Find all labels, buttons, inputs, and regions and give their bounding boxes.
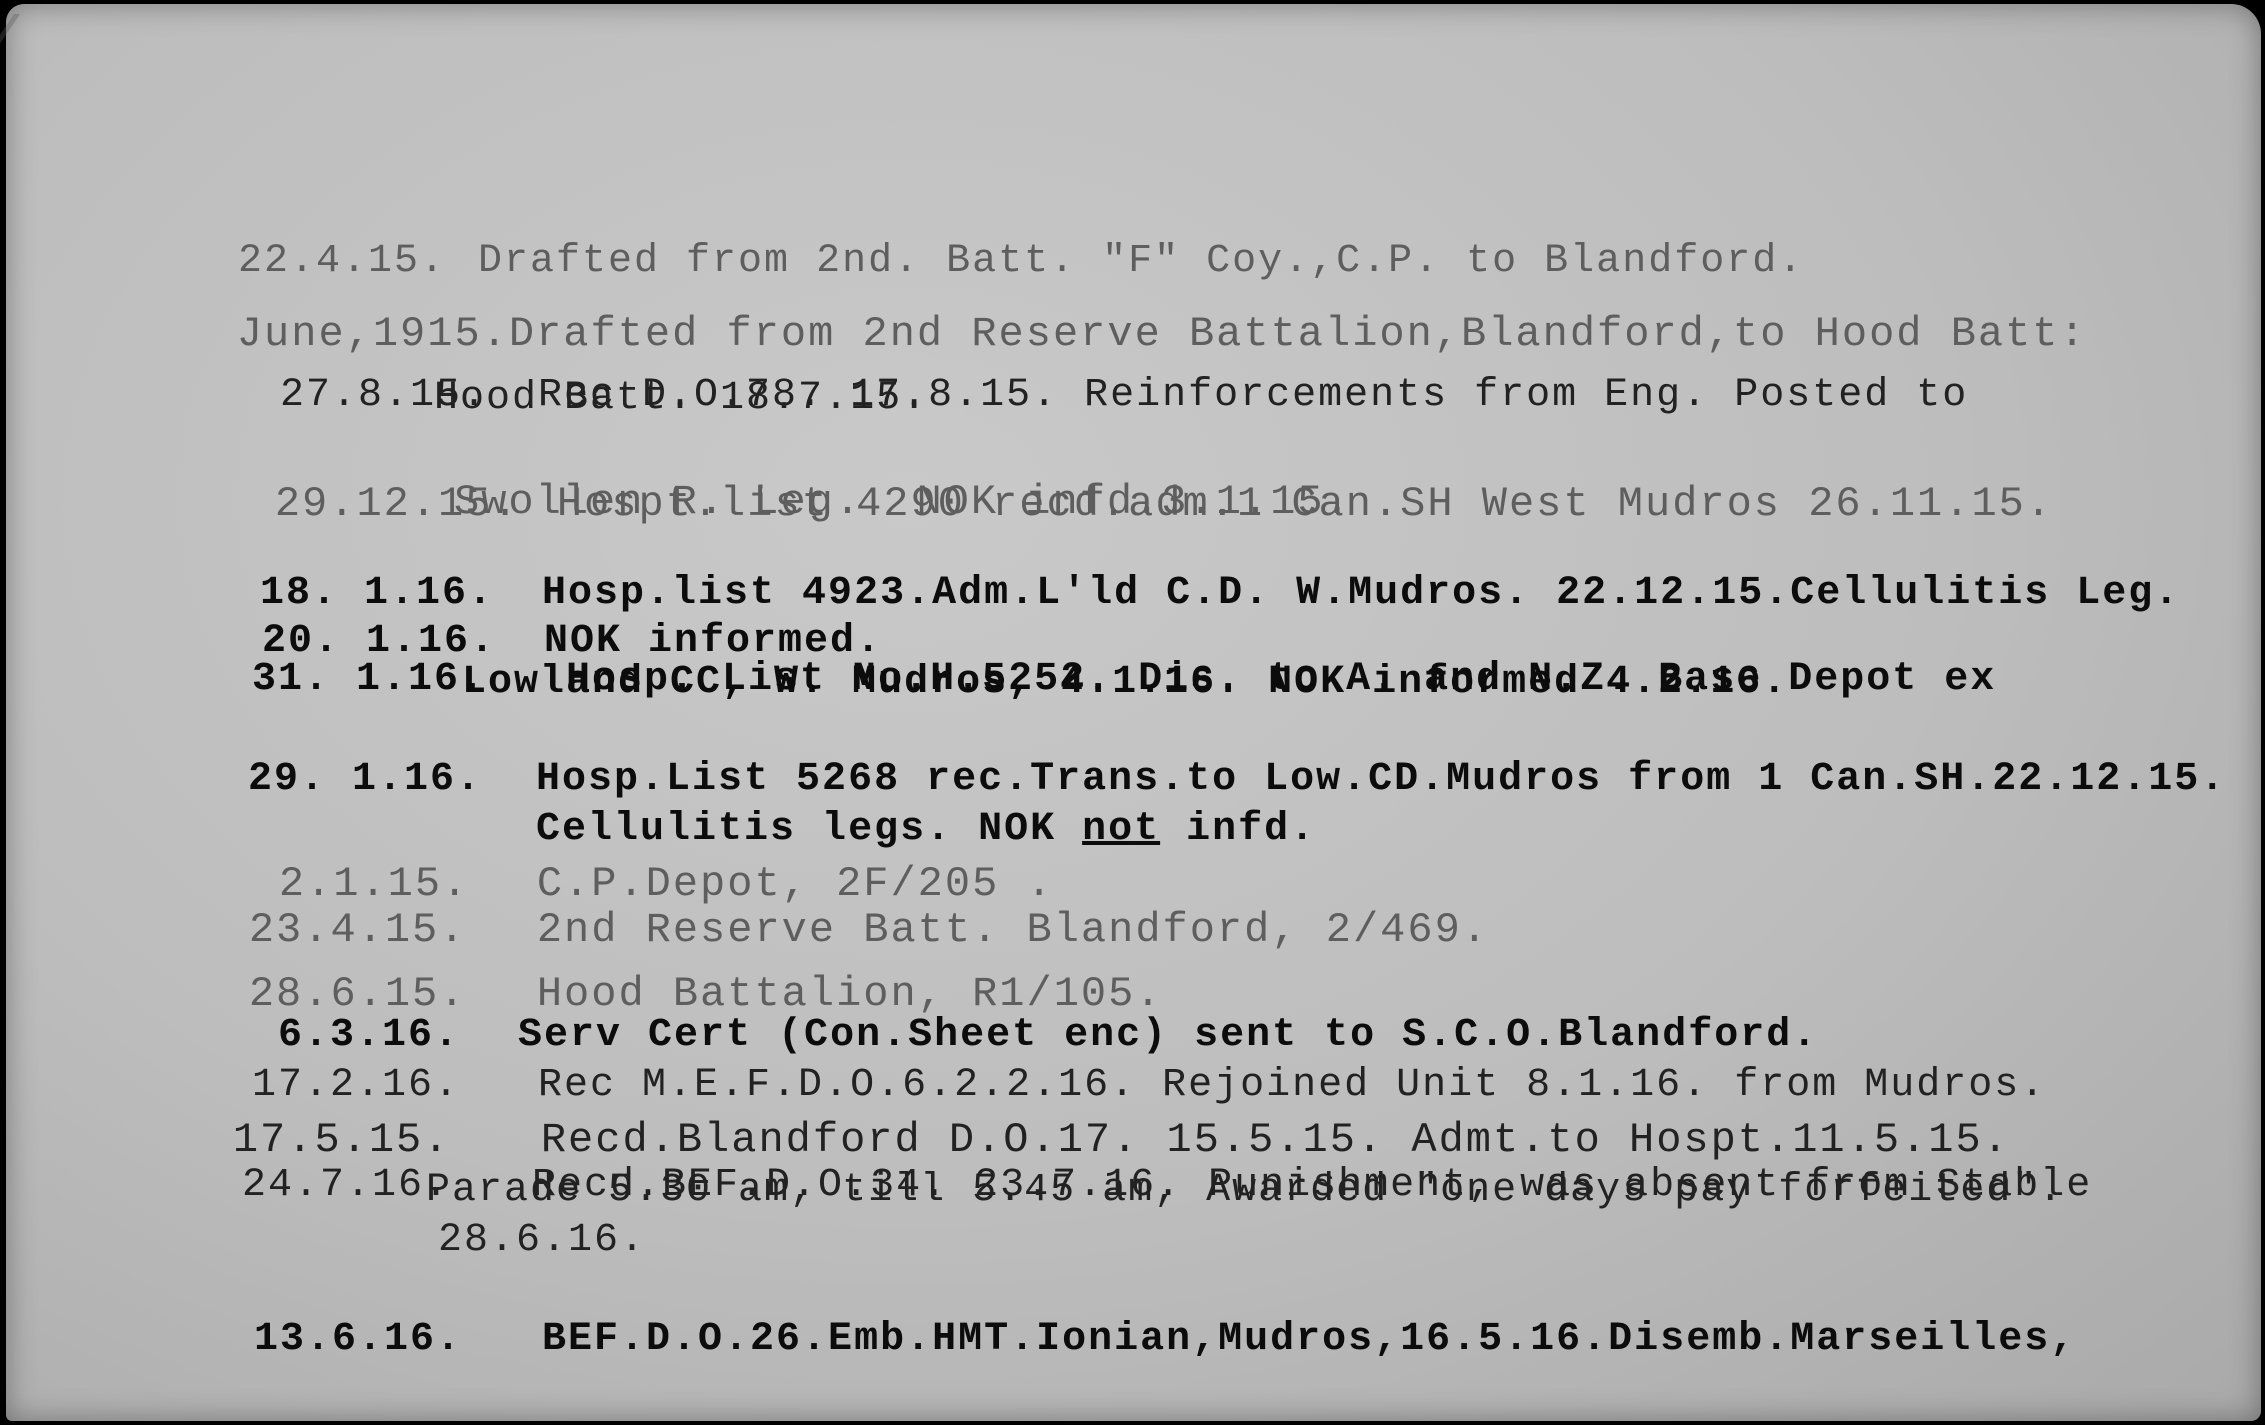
entry-4-continuation: Swollen R. Leg. NOK infd.3.1.15. [454,478,1352,526]
entry-text: BEF.D.O.26.Emb.HMT.Ionian,Mudros,16.5.16… [542,1317,2076,1362]
entry-15-continuation2: 28.6.16. [438,1218,646,1263]
entry-3-continuation: Hood Batt. 18.7.15. [434,376,928,421]
entry-date: 13.6.16. [254,1317,542,1362]
entry-16: 13.6.16.BEF.D.O.26.Emb.HMT.Ionian,Mudros… [150,1272,2076,1407]
entry-15-continuation: Parade 5.30 am, till 5.45 am, Awarded "o… [426,1168,2064,1213]
underlined-not: not [1082,807,1160,852]
entry-7-continuation: Lowland CC, W. Mudros, 4.1.16. NOK infor… [462,660,1788,705]
record-card: 22.4.15.Drafted from 2nd. Batt. "F" Coy.… [6,4,2261,1421]
continuation-text: infd. [1160,807,1316,852]
